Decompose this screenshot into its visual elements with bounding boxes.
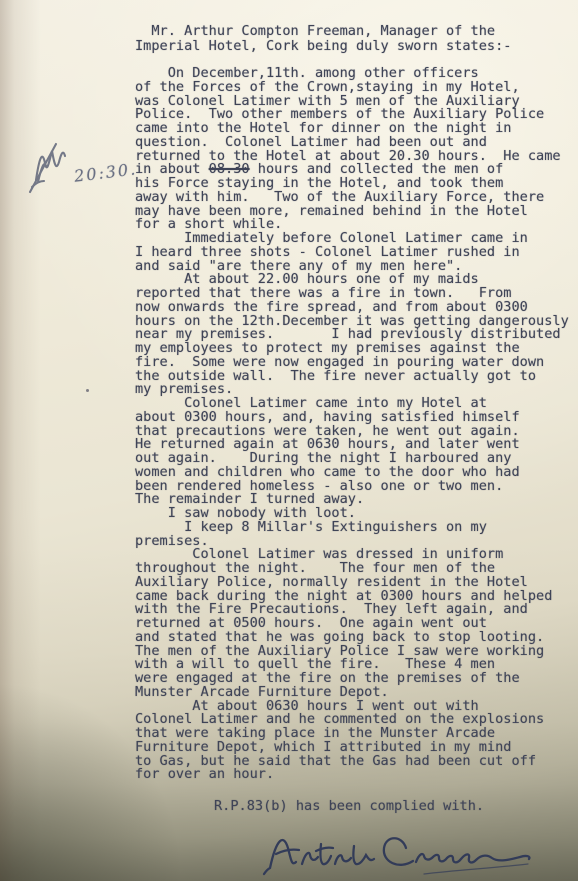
ink-speck (86, 389, 89, 392)
statement-body: On December,11th. among other officersof… (135, 67, 569, 782)
heading-line: Mr. Arthur Compton Freeman, Manager of t… (135, 24, 511, 39)
statement-heading: Mr. Arthur Compton Freeman, Manager of t… (135, 24, 511, 54)
margin-initials-scribble (24, 136, 76, 202)
compliance-line: R.P.83(b) has been complied with. (214, 800, 484, 814)
signature (256, 822, 548, 881)
margin-time-note: 20:30. (73, 159, 138, 186)
initials-scribble-icon (24, 136, 76, 198)
heading-line: Imperial Hotel, Cork being duly sworn st… (135, 39, 511, 54)
signature-ink-icon (256, 822, 548, 881)
typed-line: for over an hour. (135, 768, 569, 782)
statement-document-page: Mr. Arthur Compton Freeman, Manager of t… (0, 0, 578, 881)
